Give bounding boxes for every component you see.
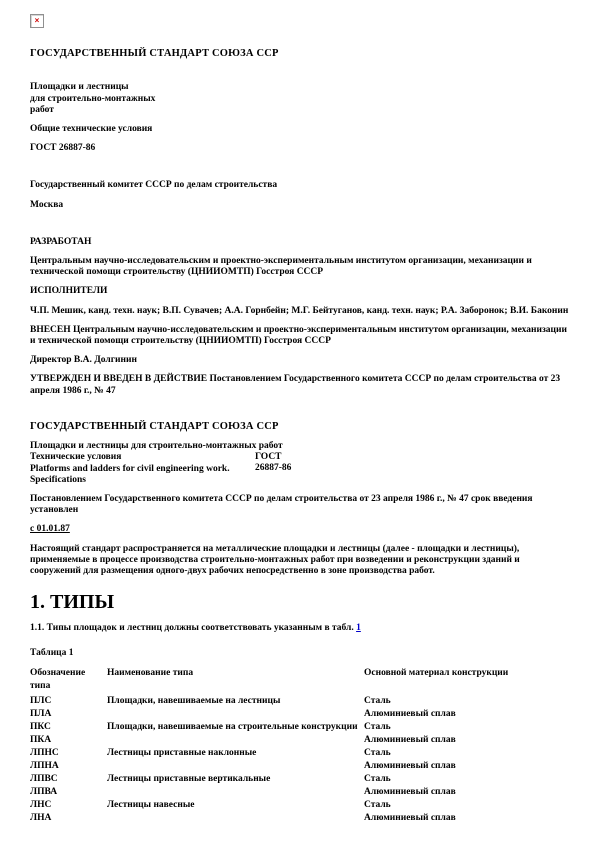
cell-material: Сталь: [364, 695, 568, 708]
standard-subject-line-1: Площадки и лестницы: [30, 82, 570, 93]
types-table-head: Обозначение типаНаименование типаОсновно…: [30, 667, 568, 695]
cell-type-code: ПЛС: [30, 695, 107, 708]
standard-title-2: ГОСУДАРСТВЕННЫЙ СТАНДАРТ СОЮЗА ССР: [30, 421, 570, 433]
cell-type-name: Площадки, навешиваемые на лестницы: [107, 695, 364, 708]
cell-type-code: ЛНА: [30, 812, 107, 825]
cell-type-code: ПКС: [30, 721, 107, 734]
clause-1-1: 1.1. Типы площадок и лестниц должны соот…: [30, 623, 570, 634]
column-header: Наименование типа: [107, 667, 364, 695]
table-row: ПКА Алюминиевый сплав: [30, 734, 568, 747]
standard-subject-line-2: для строительно-монтажных: [30, 94, 570, 105]
standard-subtitle: Общие технические условия: [30, 124, 570, 135]
approved-line: УТВЕРЖДЕН И ВВЕДЕН В ДЕЙСТВИЕ Постановле…: [30, 374, 570, 396]
enactment-text: Постановлением Государственного комитета…: [30, 494, 570, 516]
clause-1-1-text: 1.1. Типы площадок и лестниц должны соот…: [30, 623, 356, 633]
cell-type-name: [107, 760, 364, 773]
cell-material: Алюминиевый сплав: [364, 734, 568, 747]
cell-type-code: ЛПВС: [30, 773, 107, 786]
enactment-date: с 01.01.87: [30, 524, 570, 535]
column-header: Основной материал конструкции: [364, 667, 568, 695]
standard-gost-cell: ГОСТ 26887-86: [255, 452, 291, 486]
enactment-date-value: с 01.01.87: [30, 524, 70, 534]
standard-name-en: Platforms and ladders for civil engineer…: [30, 464, 249, 475]
executors-list: Ч.П. Мешик, канд. техн. наук; В.П. Сувач…: [30, 306, 570, 317]
table-row: ЛПВСЛестницы приставные вертикальныеСтал…: [30, 773, 568, 786]
cell-material: Алюминиевый сплав: [364, 708, 568, 721]
cell-type-name: [107, 708, 364, 721]
standard-name-ru: Площадки и лестницы для строительно-монт…: [30, 441, 249, 452]
submitted-by: ВНЕСЕН Центральным научно-исследовательс…: [30, 325, 570, 347]
standard-type-ru: Технические условия: [30, 452, 249, 463]
cell-material: Сталь: [364, 721, 568, 734]
cell-type-code: ЛПНС: [30, 747, 107, 760]
table-1-link[interactable]: 1: [356, 623, 361, 633]
table-caption: Таблица 1: [30, 648, 570, 659]
gost-number: ГОСТ 26887-86: [30, 143, 570, 154]
cell-type-code: ЛПНА: [30, 760, 107, 773]
cell-type-name: [107, 734, 364, 747]
cell-material: Алюминиевый сплав: [364, 786, 568, 799]
table-row: ЛПНСЛестницы приставные наклонныеСталь: [30, 747, 568, 760]
broken-image-icon: ×: [30, 14, 44, 28]
table-row: ПЛА Алюминиевый сплав: [30, 708, 568, 721]
table-header-row: Обозначение типаНаименование типаОсновно…: [30, 667, 568, 695]
table-row: ПКСПлощадки, навешиваемые на строительны…: [30, 721, 568, 734]
cell-material: Алюминиевый сплав: [364, 812, 568, 825]
cell-type-name: Лестницы навесные: [107, 799, 364, 812]
standard-type-en: Specifications: [30, 475, 249, 486]
column-header: Обозначение типа: [30, 667, 107, 695]
table-row: ЛПВА Алюминиевый сплав: [30, 786, 568, 799]
types-table-body: ПЛСПлощадки, навешиваемые на лестницыСта…: [30, 695, 568, 825]
cell-material: Алюминиевый сплав: [364, 760, 568, 773]
cell-type-code: ЛНС: [30, 799, 107, 812]
cell-material: Сталь: [364, 799, 568, 812]
standard-name-block: Площадки и лестницы для строительно-монт…: [30, 441, 570, 486]
standard-title: ГОСУДАРСТВЕННЫЙ СТАНДАРТ СОЮЗА ССР: [30, 48, 570, 60]
document-page: × ГОСУДАРСТВЕННЫЙ СТАНДАРТ СОЮЗА ССР Пло…: [0, 0, 595, 842]
cell-type-code: ПКА: [30, 734, 107, 747]
types-table: Обозначение типаНаименование типаОсновно…: [30, 667, 568, 825]
table-row: ЛНСЛестницы навесныеСталь: [30, 799, 568, 812]
gost-number-value: 26887-86: [255, 463, 291, 474]
committee-line: Государственный комитет СССР по делам ст…: [30, 180, 570, 191]
developed-label: РАЗРАБОТАН: [30, 237, 570, 248]
table-row: ЛНА Алюминиевый сплав: [30, 812, 568, 825]
gost-label: ГОСТ: [255, 452, 291, 463]
standard-name-cell: Площадки и лестницы для строительно-монт…: [30, 441, 249, 486]
cell-material: Сталь: [364, 773, 568, 786]
cell-type-name: [107, 786, 364, 799]
cell-type-name: Лестницы приставные вертикальные: [107, 773, 364, 786]
developed-by: Центральным научно-исследовательским и п…: [30, 256, 570, 278]
cell-type-name: Площадки, навешиваемые на строительные к…: [107, 721, 364, 734]
cell-type-code: ЛПВА: [30, 786, 107, 799]
table-row: ЛПНА Алюминиевый сплав: [30, 760, 568, 773]
cell-type-name: Лестницы приставные наклонные: [107, 747, 364, 760]
section-1-heading: 1. ТИПЫ: [30, 591, 570, 615]
cell-type-name: [107, 812, 364, 825]
table-row: ПЛСПлощадки, навешиваемые на лестницыСта…: [30, 695, 568, 708]
standard-subject: Площадки и лестницы для строительно-монт…: [30, 82, 570, 116]
standard-subject-line-3: работ: [30, 105, 570, 116]
cell-material: Сталь: [364, 747, 568, 760]
executors-label: ИСПОЛНИТЕЛИ: [30, 286, 570, 297]
scope-paragraph: Настоящий стандарт распространяется на м…: [30, 544, 570, 578]
broken-image-x-glyph: ×: [35, 17, 40, 25]
director-line: Директор В.А. Долгинин: [30, 355, 570, 366]
cell-type-code: ПЛА: [30, 708, 107, 721]
city-line: Москва: [30, 200, 570, 211]
